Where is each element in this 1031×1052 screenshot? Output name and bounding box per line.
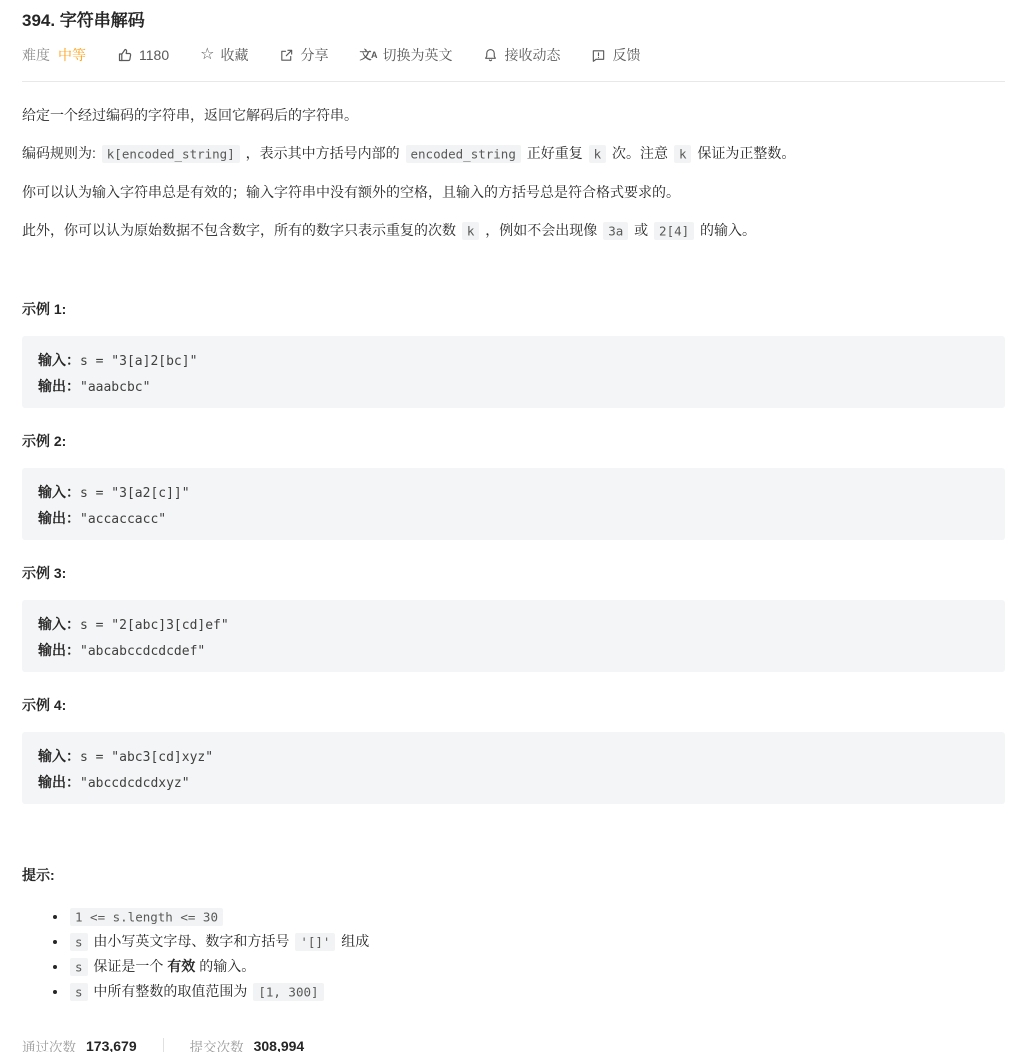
description-paragraph-4: 此外，你可以认为原始数据不包含数字，所有的数字只表示重复的次数 k ，例如不会出…	[22, 219, 1005, 242]
like-button[interactable]: 1180	[117, 45, 169, 65]
submitted-count: 308,994	[254, 1038, 305, 1052]
header-divider	[22, 81, 1005, 82]
examples-section: 示例 1: 输入：s = "3[a]2[bc]" 输出："aaabcbc" 示例…	[22, 298, 1005, 804]
input-value: s = "3[a]2[bc]"	[80, 354, 197, 369]
difficulty: 难度 中等	[22, 45, 86, 65]
inline-code: '[]'	[295, 933, 335, 951]
input-value: s = "3[a2[c]]"	[80, 486, 190, 501]
description-paragraph-3: 你可以认为输入字符串总是有效的；输入字符串中没有额外的空格，且输入的方括号总是符…	[22, 181, 1005, 203]
example-4-label: 示例 4:	[22, 694, 1005, 716]
hints-list: 1 <= s.length <= 30 s 由小写英文字母、数字和方括号 '[]…	[22, 904, 1005, 1004]
share-button[interactable]: 分享	[279, 45, 328, 65]
submitted-label: 提交次数	[190, 1036, 244, 1052]
inline-code: 1 <= s.length <= 30	[70, 908, 223, 926]
feedback-icon	[591, 48, 606, 63]
output-label: 输出：	[38, 378, 80, 394]
output-value: "abccdcdcdxyz"	[80, 776, 190, 791]
input-label: 输入：	[38, 352, 80, 368]
example-2-input: 输入：s = "3[a2[c]]"	[38, 480, 989, 506]
thumbs-up-icon	[117, 47, 133, 63]
translate-icon: 文 A	[359, 47, 376, 63]
output-value: "abcabccdcdcdef"	[80, 644, 205, 659]
share-icon	[279, 48, 294, 63]
description-paragraph-2: 编码规则为: k[encoded_string] ，表示其中方括号内部的 enc…	[22, 142, 1005, 165]
example-1-label: 示例 1:	[22, 298, 1005, 320]
difficulty-badge: 中等	[58, 45, 86, 65]
example-4-input: 输入：s = "abc3[cd]xyz"	[38, 744, 989, 770]
input-label: 输入：	[38, 484, 80, 500]
output-label: 输出：	[38, 642, 80, 658]
inline-code: s	[70, 933, 88, 951]
hint-item: s 由小写英文字母、数字和方括号 '[]' 组成	[68, 929, 1005, 954]
switch-language-button[interactable]: 文 A 切换为英文	[359, 45, 452, 65]
difficulty-label: 难度	[22, 45, 50, 65]
inline-code: 2[4]	[654, 222, 694, 240]
example-2-output: 输出："accaccacc"	[38, 506, 989, 532]
star-icon: ☆	[200, 47, 214, 63]
output-value: "aaabcbc"	[80, 380, 150, 395]
example-1-input: 输入：s = "3[a]2[bc]"	[38, 348, 989, 374]
hint-item: 1 <= s.length <= 30	[68, 904, 1005, 929]
example-3-input: 输入：s = "2[abc]3[cd]ef"	[38, 612, 989, 638]
example-4-output: 输出："abccdcdcdxyz"	[38, 770, 989, 796]
inline-code: k	[589, 145, 607, 163]
toolbar: 难度 中等 1180 ☆ 收藏 分享	[22, 45, 1005, 65]
output-label: 输出：	[38, 510, 80, 526]
example-2-label: 示例 2:	[22, 430, 1005, 452]
description-paragraph-1: 给定一个经过编码的字符串，返回它解码后的字符串。	[22, 104, 1005, 126]
page-title: 394. 字符串解码	[22, 0, 1005, 32]
inline-code: s	[70, 983, 88, 1001]
example-4-box: 输入：s = "abc3[cd]xyz" 输出："abccdcdcdxyz"	[22, 732, 1005, 804]
inline-code: k[encoded_string]	[102, 145, 240, 163]
like-count: 1180	[139, 45, 169, 65]
input-value: s = "abc3[cd]xyz"	[80, 750, 213, 765]
switch-language-label: 切换为英文	[382, 45, 452, 65]
accepted-count: 173,679	[86, 1038, 137, 1052]
example-2-box: 输入：s = "3[a2[c]]" 输出："accaccacc"	[22, 468, 1005, 540]
hint-item: s 保证是一个 有效 的输入。	[68, 954, 1005, 979]
inline-code: encoded_string	[406, 145, 521, 163]
output-value: "accaccacc"	[80, 512, 166, 527]
example-1-box: 输入：s = "3[a]2[bc]" 输出："aaabcbc"	[22, 336, 1005, 408]
inline-code: s	[70, 958, 88, 976]
input-label: 输入：	[38, 748, 80, 764]
input-label: 输入：	[38, 616, 80, 632]
example-3-box: 输入：s = "2[abc]3[cd]ef" 输出："abcabccdcdcde…	[22, 600, 1005, 672]
problem-page: 394. 字符串解码 难度 中等 1180 ☆ 收藏	[0, 0, 1031, 1052]
feedback-button[interactable]: 反馈	[591, 45, 640, 65]
example-1-output: 输出："aaabcbc"	[38, 374, 989, 400]
inline-code: k	[462, 222, 480, 240]
hints-label: 提示:	[22, 864, 1005, 886]
accepted-label: 通过次数	[22, 1036, 76, 1052]
example-3-output: 输出："abcabccdcdcdef"	[38, 638, 989, 664]
example-3-label: 示例 3:	[22, 562, 1005, 584]
inline-code: k	[674, 145, 692, 163]
subscribe-label: 接收动态	[504, 45, 560, 65]
output-label: 输出：	[38, 774, 80, 790]
favorite-button[interactable]: ☆ 收藏	[200, 45, 248, 65]
problem-description: 给定一个经过编码的字符串，返回它解码后的字符串。 编码规则为: k[encode…	[22, 104, 1005, 242]
hints-section: 提示: 1 <= s.length <= 30 s 由小写英文字母、数字和方括号…	[22, 864, 1005, 1004]
stats-divider	[163, 1038, 164, 1052]
inline-code: 3a	[603, 222, 628, 240]
feedback-label: 反馈	[612, 45, 640, 65]
bell-icon	[483, 47, 498, 63]
favorite-label: 收藏	[220, 45, 248, 65]
hint-item: s 中所有整数的取值范围为 [1, 300]	[68, 979, 1005, 1004]
inline-code: [1, 300]	[253, 983, 323, 1001]
stats-footer: 通过次数 173,679 提交次数 308,994	[22, 1036, 1005, 1052]
input-value: s = "2[abc]3[cd]ef"	[80, 618, 229, 633]
share-label: 分享	[300, 45, 328, 65]
subscribe-button[interactable]: 接收动态	[483, 45, 560, 65]
